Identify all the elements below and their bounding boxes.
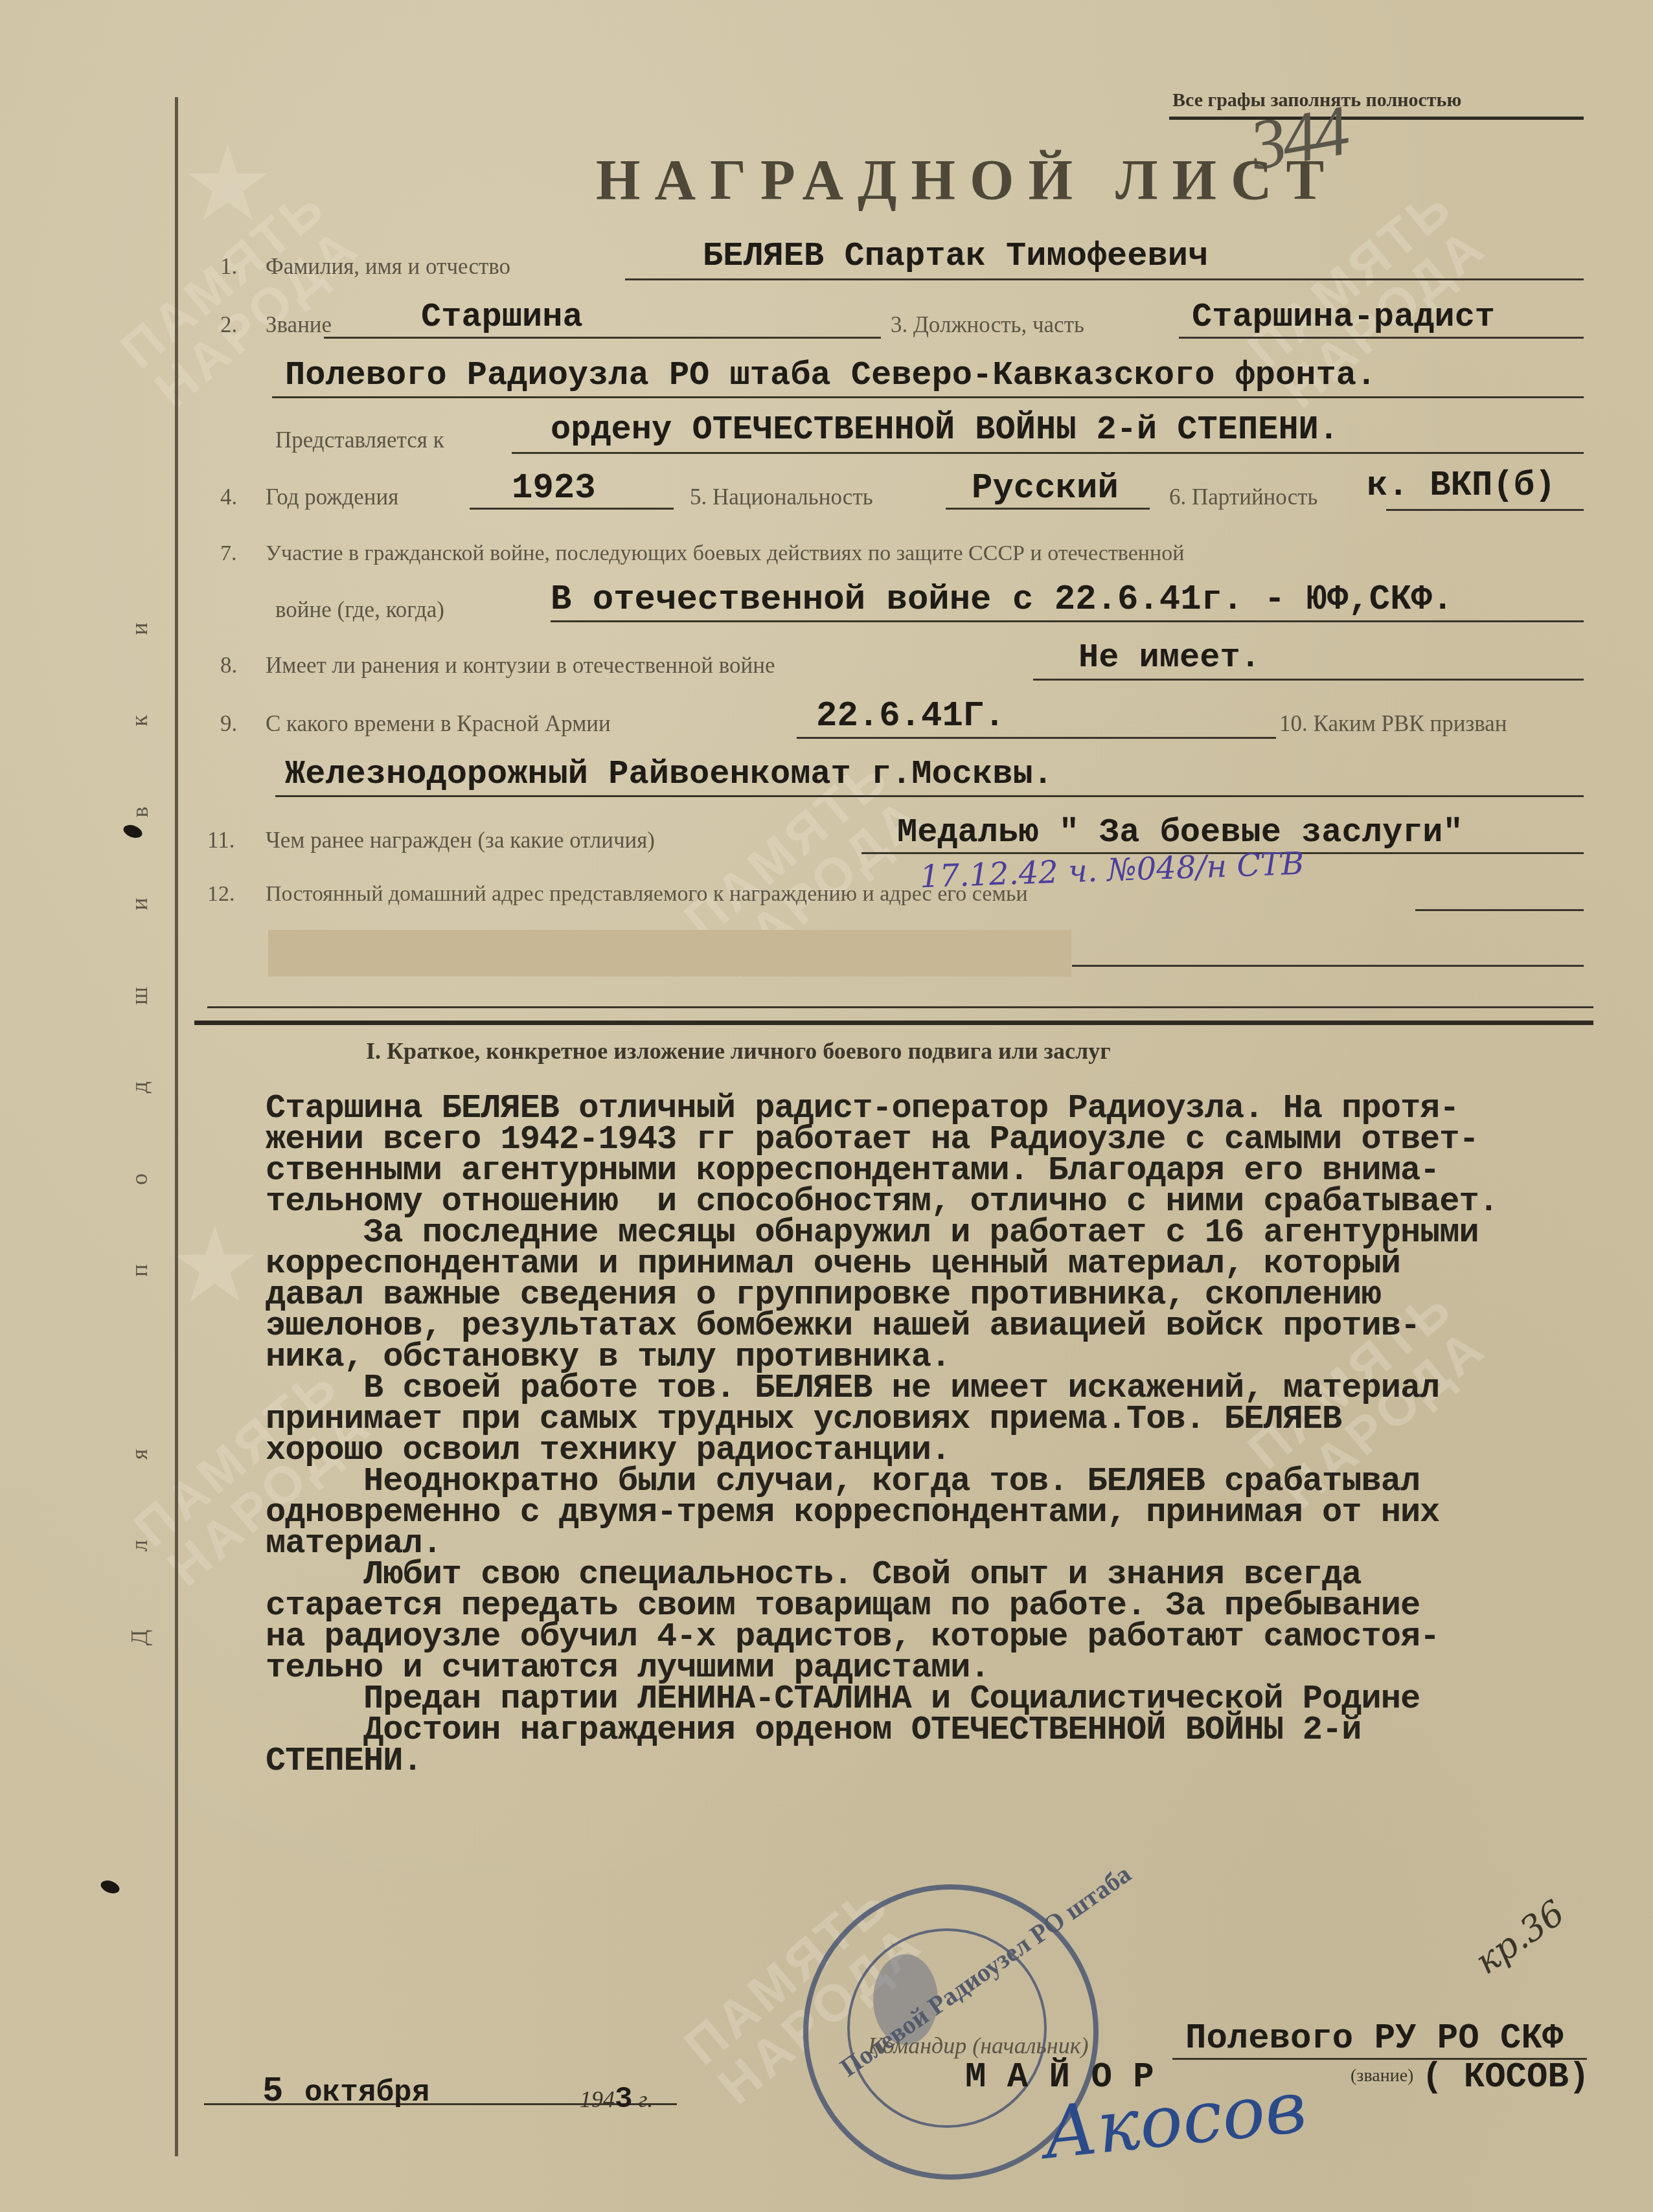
narrative-line: эшелонов, результатах бомбежки нашей ави…	[266, 1311, 1652, 1342]
narrative-line: За последние месяцы обнаружил и работает…	[266, 1217, 1652, 1248]
narrative-line: Достоин награждения орденом ОТЕЧЕСТВЕННО…	[266, 1715, 1652, 1746]
field-1-label: 1.Фамилия, имя и отчество	[220, 254, 510, 280]
narrative-line: Предан партии ЛЕНИНА-СТАЛИНА и Социалист…	[266, 1684, 1652, 1715]
narrative-line: Любит свою специальность. Свой опыт и зн…	[266, 1559, 1652, 1590]
commander-label: Командир (начальник)	[868, 2032, 1089, 2059]
section-divider	[194, 1021, 1593, 1025]
previous-awards-value: Медалью " За боевые заслуги"	[897, 813, 1463, 852]
field-6-label: 6. Партийность	[1169, 484, 1318, 510]
field-5-label: 5. Национальность	[690, 484, 873, 510]
binding-margin-line	[175, 97, 178, 2156]
section-title: I. Краткое, конкретное изложение личного…	[366, 1037, 1111, 1065]
field-11-label: 11.Чем ранее награжден (за какие отличия…	[207, 828, 655, 853]
field-rule	[1179, 337, 1584, 339]
narrative-line: принимает при самых трудных условиях при…	[266, 1404, 1652, 1435]
narrative-line: Старшина БЕЛЯЕВ отличный радист-оператор…	[266, 1093, 1652, 1124]
position-value-continued: Полевого Радиоузла РО штаба Северо-Кавка…	[285, 356, 1376, 394]
field-10-label: 10. Каким РВК призван	[1279, 711, 1507, 737]
field-8-label: 8.Имеет ли ранения и контузии в отечеств…	[220, 653, 775, 679]
narrative-line: жении всего 1942-1943 гг работает на Рад…	[266, 1124, 1652, 1155]
narrative-line: хорошо освоил технику радиостанции.	[266, 1435, 1652, 1466]
commander-unit: Полевого РУ РО СКФ	[1185, 2019, 1563, 2059]
page-note: кр.36	[1468, 1892, 1572, 1982]
narrative-line: корреспондентами и принимал очень ценный…	[266, 1248, 1652, 1280]
war-participation-value: В отечественной войне с 22.6.41г. - ЮФ,С…	[551, 580, 1453, 620]
field-3-label: 3. Должность, часть	[891, 312, 1084, 338]
field-rule	[797, 737, 1276, 739]
narrative-line: материал.	[266, 1528, 1652, 1559]
nationality-value: Русский	[972, 469, 1119, 508]
nominated-award-value: ордену ОТЕЧЕСТВЕННОЙ ВОЙНЫ 2-й СТЕПЕНИ.	[551, 411, 1339, 449]
section-divider	[207, 1006, 1593, 1008]
field-2-label: 2.Звание	[220, 312, 332, 338]
narrative-line: ника, обстановку в тылу противника.	[266, 1342, 1652, 1373]
binding-stub-label: Для подшивки	[120, 615, 159, 1651]
narrative-line: старается передать своим товарищам по ра…	[266, 1590, 1652, 1621]
field-4-label: 4.Год рождения	[220, 484, 398, 510]
page-title: НАГРАДНОЙ ЛИСТ	[596, 148, 1338, 213]
field-rule	[470, 508, 674, 510]
narrative-line: ственными агентурными корреспондентами. …	[266, 1155, 1652, 1186]
narrative-line: давал важные сведения о группировке прот…	[266, 1280, 1652, 1311]
wounds-value: Не имеет.	[1078, 638, 1260, 677]
watermark-star-icon: ★	[168, 1204, 261, 1326]
field-9-label: 9.С какого времени в Красной Армии	[220, 711, 611, 737]
field-rule	[275, 795, 1584, 797]
narrative-line: на радиоузле обучил 4-х радистов, которы…	[266, 1621, 1652, 1653]
redacted-address	[268, 930, 1071, 976]
full-name-value: БЕЛЯЕВ Спартак Тимофеевич	[703, 237, 1208, 275]
rank-label: (звание)	[1351, 2066, 1413, 2086]
date-month: октября	[304, 2076, 429, 2110]
rank-value: Старшина	[421, 298, 583, 336]
field-rule	[512, 452, 1584, 454]
narrative-line: одновременно с двумя-тремя корреспондент…	[266, 1497, 1652, 1528]
army-since-value: 22.6.41Г.	[816, 697, 1005, 736]
party-membership-value: к. ВКП(б)	[1367, 466, 1556, 506]
field-rule	[1386, 509, 1584, 511]
narrative-line: Неоднократно были случаи, когда тов. БЕЛ…	[266, 1466, 1652, 1497]
conscription-office-value: Железнодорожный Райвоенкомат г.Москвы.	[285, 755, 1053, 793]
field-rule	[324, 337, 881, 339]
merit-narrative: Старшина БЕЛЯЕВ отличный радист-оператор…	[266, 1093, 1652, 1777]
instruction-rule	[1169, 117, 1584, 120]
date-day: 5	[262, 2072, 283, 2112]
punch-hole	[99, 1878, 121, 1895]
field-rule	[272, 396, 1584, 398]
date-year: 1943 г.	[580, 2082, 653, 2116]
document-page: ★ ПАМЯТЬНАРОДА ★ ПАМЯТЬНАРОДА ПАМЯТЬНАРО…	[0, 0, 1653, 2212]
narrative-line: тельно и считаются лучшими радистами.	[266, 1653, 1652, 1684]
field-7-label: 7.Участие в гражданской войне, последующ…	[220, 541, 1184, 566]
field-rule	[1415, 909, 1584, 911]
field-rule	[946, 508, 1150, 510]
narrative-line: СТЕПЕНИ.	[266, 1746, 1652, 1777]
position-value: Старшина-радист	[1192, 298, 1495, 336]
commander-name: ( КОСОВ)	[1422, 2058, 1590, 2097]
birth-year-value: 1923	[512, 469, 596, 508]
field-rule	[625, 278, 1584, 280]
field-12-label: 12.Постоянный домашний адрес представляе…	[207, 882, 1028, 907]
nominated-label: Представляется к	[275, 427, 444, 453]
field-rule	[1033, 679, 1584, 681]
field-rule	[551, 620, 1584, 622]
narrative-line: тельному отношению и способностям, отлич…	[266, 1186, 1652, 1217]
field-rule	[1072, 965, 1584, 967]
narrative-line: В своей работе тов. БЕЛЯЕВ не имеет иска…	[266, 1373, 1652, 1404]
field-7-label-continued: войне (где, когда)	[275, 597, 444, 623]
